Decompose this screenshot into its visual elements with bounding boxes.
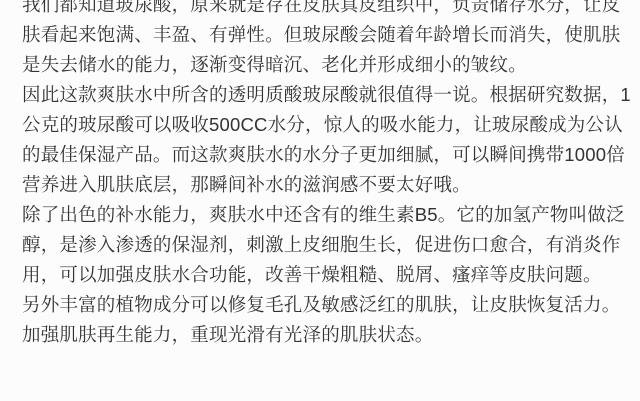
text-line: 醇，是渗入渗透的保湿剂，刺激上皮细胞生长，促进伤口愈合，有消炎作 (22, 230, 632, 260)
article-page: 我们都知道玻尿酸，原来就是存在皮肤真皮组织中，负责储存水分，让皮 肤看起来饱满、… (0, 0, 640, 401)
text-line: 除了出色的补水能力，爽肤水中还含有的维生素B5。它的加氢产物叫做泛 (22, 200, 632, 230)
text-line: 因此这款爽肤水中所含的透明质酸玻尿酸就很值得一说。根据研究数据，1 (22, 80, 632, 110)
text-line: 的最佳保湿产品。而这款爽肤水的水分子更加细腻，可以瞬间携带1000倍 (22, 140, 632, 170)
text-line: 肤看起来饱满、丰盈、有弹性。但玻尿酸会随着年龄增长而消失，使肌肤 (22, 20, 632, 50)
text-line: 用，可以加强皮肤水合功能，改善干燥粗糙、脱屑、瘙痒等皮肤问题。 (22, 260, 632, 290)
text-line: 我们都知道玻尿酸，原来就是存在皮肤真皮组织中，负责储存水分，让皮 (22, 0, 632, 20)
text-line: 营养进入肌肤底层，那瞬间补水的滋润感不要太好哦。 (22, 170, 632, 200)
text-line: 是失去储水的能力，逐渐变得暗沉、老化并形成细小的皱纹。 (22, 50, 632, 80)
text-line: 加强肌肤再生能力，重现光滑有光泽的肌肤状态。 (22, 320, 632, 350)
article-text-block: 我们都知道玻尿酸，原来就是存在皮肤真皮组织中，负责储存水分，让皮 肤看起来饱满、… (22, 0, 632, 350)
text-line: 公克的玻尿酸可以吸收500CC水分，惊人的吸水能力，让玻尿酸成为公认 (22, 110, 632, 140)
text-line: 另外丰富的植物成分可以修复毛孔及敏感泛红的肌肤，让皮肤恢复活力。 (22, 290, 632, 320)
